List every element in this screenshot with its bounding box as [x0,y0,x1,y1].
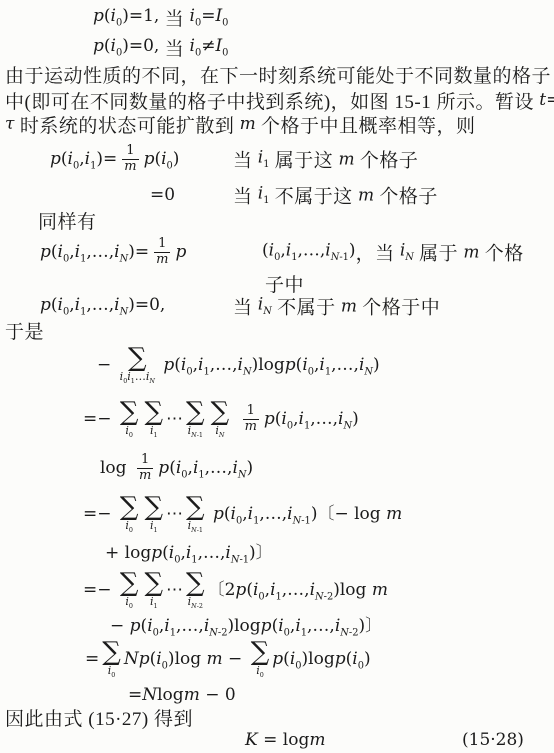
aligned-column: (i0,i1,…,iN-1)，当 iN 属于 m 个格 [262,239,524,266]
formula-p-chain: p(i0,i1,…,iN)=1mp(i0,i1,…,iN-1)，当 iN 属于 … [0,232,554,272]
aligned-column: 当 i1 不属于这 m 个格子 [233,182,438,209]
math-segment: log 1mp(i0,i1,…,iN) [100,453,253,484]
aligned-column: (15·28) [462,730,524,750]
math-segment: m [341,296,357,316]
text-segment: ，当 [356,239,400,266]
math-segment: i1 [258,184,270,206]
text-tongyangyou: 同样有 [0,208,554,232]
math-segment: i1 [258,148,270,170]
text-segment: 个格子 [374,182,438,209]
summation-symbol: ∑i0 [251,640,270,679]
text-segment: 同样有 [38,207,97,234]
text-segment: 时系统的状态可能扩散到 [20,111,240,138]
fraction: 1m [152,237,172,268]
text-yushi: 于是 [0,318,554,342]
math-segment: (i0,i1,…,iN-1) [262,241,356,263]
math-segment: τ [5,114,20,134]
formula-p-chain-zero: p(i0,i1,…,iN)=0,当 iN 不属于 m 个格于中 [0,294,554,318]
math-segment: m [240,114,256,134]
formula-prob-zero: p(i0)=0, 当 i0≠I0 [0,34,554,60]
math-segment: p(i0)=1, [93,6,165,28]
math-segment: p(i0,i1)=1mp(i0) [50,144,179,175]
aligned-column: 当 iN 不属于 m 个格于中 [233,293,440,320]
math-segment: iN [400,241,414,263]
formula-p-i0-i1: p(i0,i1)=1mp(i0)当 i1 属于这 m 个格子 [0,139,554,179]
text-segment: 个格 [480,239,524,266]
text-segment: 个格于中且概率相等，则 [256,111,476,138]
paragraph-line-2: 中(即可在不同数量的格子中找到系统)，如图 15-1 所示。暂设 t= [0,88,554,112]
eq-expand-3-wrap: − p(i0,i1,…,iN-2)logp(i0,i1,…,iN-2)〕 [0,613,554,637]
math-segment: i0=I0 [190,6,229,28]
fraction: 1m [120,144,140,175]
summation-symbol: ∑i0 [102,640,121,679]
summation-symbol: ∑i1 [144,571,163,610]
formula-p-i0-i1-zero: =0当 i1 不属于这 m 个格子 [0,182,554,208]
eq-expand-3: =− ∑i0∑i1⋯∑iN-2〔2p(i0,i1,…,iN-2)log m [0,567,554,613]
text-segment: 属于 [414,239,464,266]
math-segment: m [338,149,354,169]
eq-entropy-sum: − ∑i0i1…iN p(i0,i1,…,iN)logp(i0,i1,…,iN) [0,342,554,388]
paragraph-line-1: 由于运动性质的不同，在下一时刻系统可能处于不同数量的格子 [0,62,554,86]
summation-symbol: ∑i0 [120,495,139,534]
math-segment: =Nlogm − 0 [128,685,236,705]
math-segment: K = logm [245,730,325,750]
text-segment: 个格子 [355,146,419,173]
summation-symbol: ∑i0 [120,400,139,439]
text-conclusion: 因此由式 (15·27) 得到 [0,706,554,728]
summation-symbol: ∑i0 [120,571,139,610]
summation-symbol: ∑i0i1…iN [120,346,155,385]
text-segment: 于是 [5,317,44,344]
eq-K-result: K = logm(15·28) [0,728,554,752]
formula-p-chain-wrap: 子中 [0,272,554,294]
eq-expand-2-wrap: + logp(i0,i1,…,iN-1)〕 [0,540,554,564]
math-segment: =− ∑i0∑i1⋯∑iN-2〔2p(i0,i1,…,iN-2)log m [83,571,388,610]
math-segment: − ∑i0i1…iN p(i0,i1,…,iN)logp(i0,i1,…,iN) [97,346,380,385]
math-segment: t= [539,90,554,110]
text-segment: 当 [165,4,190,31]
eq-expand-2: =− ∑i0∑i1⋯∑iN-1 p(i0,i1,…,iN-1)〔− log m [0,491,554,537]
math-segment: i0≠I0 [190,36,229,58]
formula-prob-one: p(i0)=1, 当 i0=I0 [0,4,554,30]
text-segment: 不属于 [272,293,341,320]
text-segment: 当 [233,146,258,173]
text-segment: 因此由式 (15·27) 得到 [5,704,193,731]
math-segment: − p(i0,i1,…,iN-2)logp(i0,i1,…,iN-2)〕 [110,611,382,638]
math-segment: p(i0,i1,…,iN)=1mp [40,237,186,268]
math-segment: =∑i0Np(i0)log m − ∑i0p(i0)logp(i0) [85,640,371,679]
text-segment: 不属于这 [269,182,358,209]
eq-expand-1-wrap: log 1mp(i0,i1,…,iN) [0,450,554,486]
text-segment: 当 [233,293,258,320]
math-segment: =0 [150,185,175,205]
summation-symbol: ∑iN-1 [186,400,205,439]
fraction: 1m [135,453,155,484]
math-segment: + logp(i0,i1,…,iN-1)〕 [105,538,273,565]
text-segment: 个格于中 [357,293,440,320]
fraction: 1m [241,404,261,435]
paragraph-line-3: τ 时系统的状态可能扩散到 m 个格于中且概率相等，则 [0,112,554,136]
aligned-column: 当 i1 属于这 m 个格子 [233,146,418,173]
summation-symbol: ∑i1 [144,495,163,534]
summation-symbol: ∑i1 [144,400,163,439]
math-segment: (15·28) [462,730,524,750]
text-segment: 当 [233,182,258,209]
text-segment: 中(即可在不同数量的格子中找到系统)，如图 15-1 所示。暂设 [5,87,539,114]
math-segment: iN [258,295,272,317]
summation-symbol: ∑iN-1 [186,495,205,534]
eq-collapse: =∑i0Np(i0)log m − ∑i0p(i0)logp(i0) [0,637,554,681]
text-segment: 属于这 [269,146,338,173]
text-segment: 当 [165,34,190,61]
scanned-textbook-page: p(i0)=1, 当 i0=I0p(i0)=0, 当 i0≠I0由于运动性质的不… [0,0,554,753]
eq-expand-1: =− ∑i0∑i1⋯∑iN-1∑iN 1mp(i0,i1,…,iN) [0,394,554,444]
math-segment: p(i0,i1,…,iN)=0, [40,295,165,317]
summation-symbol: ∑iN-2 [186,571,205,610]
math-segment: =− ∑i0∑i1⋯∑iN-1 p(i0,i1,…,iN-1)〔− log m [83,495,402,534]
math-segment: m [463,242,479,262]
summation-symbol: ∑iN [211,400,230,439]
text-segment: 由于运动性质的不同，在下一时刻系统可能处于不同数量的格子 [5,61,551,88]
page-content: p(i0)=1, 当 i0=I0p(i0)=0, 当 i0≠I0由于运动性质的不… [0,0,554,752]
math-segment: m [358,185,374,205]
math-segment: =− ∑i0∑i1⋯∑iN-1∑iN 1mp(i0,i1,…,iN) [83,400,359,439]
math-segment: p(i0)=0, [93,36,165,58]
